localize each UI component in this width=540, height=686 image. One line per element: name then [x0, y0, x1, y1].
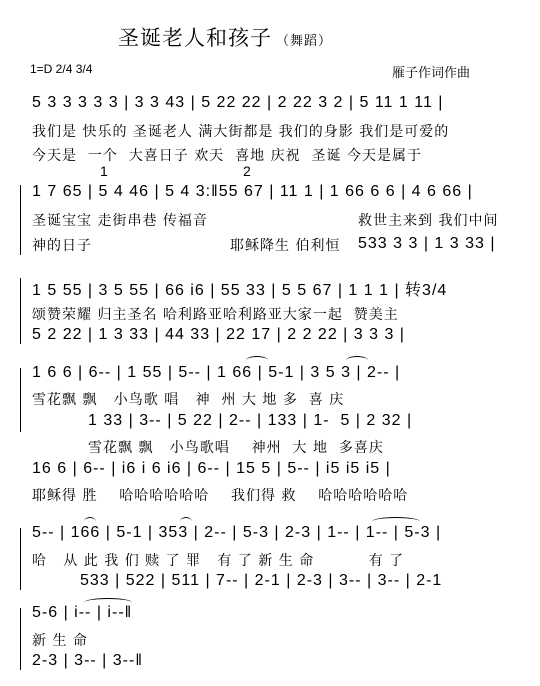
- system-5-lyrics: 哈 从 此 我 们 赎 了 罪 有 了 新 生 命 有 了: [32, 550, 404, 570]
- system-4-lyrics-voice3: 耶稣得 胜 哈哈哈哈哈哈 我们得 救 哈哈哈哈哈哈: [32, 485, 408, 505]
- system-1-notes: 5 3 3 3 3 3 | 3 3 43 | 5 22 22 | 2 22 3 …: [32, 94, 443, 112]
- system-6-harmony-notes: 2-3 | 3-- | 3--‖: [32, 652, 143, 670]
- system-2-notes: 1 7 65 | 5 4 46 | 5 4 3:‖55 67 | 11 1 | …: [32, 183, 473, 201]
- author-credit: 雁子作词作曲: [392, 62, 470, 81]
- title-text: 圣诞老人和孩子: [118, 26, 272, 50]
- system-5-brace: [20, 528, 21, 590]
- system-3-harmony-notes: 5 2 22 | 1 3 33 | 44 33 | 22 17 | 2 2 22…: [32, 326, 405, 344]
- volta-1: 1: [100, 163, 108, 179]
- system-2-harmony-notes: 533 3 3 | 1 3 33 |: [358, 235, 496, 253]
- system-6-lyrics: 新 生 命: [32, 630, 88, 650]
- system-3-brace: [20, 278, 21, 344]
- system-4-lyrics-voice2: 雪花飘 飘 小鸟歌唱 神州 大 地 多喜庆: [88, 437, 384, 457]
- system-2-lyrics-verse1b: 救世主来到 我们中间: [358, 210, 498, 230]
- system-2-brace: [20, 185, 21, 255]
- system-4-notes-voice3: 16 6 | 6-- | i6 i 6 i6 | 6-- | 15 5 | 5-…: [32, 460, 391, 478]
- system-6-brace: [20, 608, 21, 670]
- system-6-notes: 5-6 | i-- | i--‖: [32, 604, 132, 622]
- system-4-lyrics-voice1: 雪花飘 飘 小鸟歌 唱 神 州 大 地 多 喜 庆: [32, 389, 344, 409]
- subtitle-text: （舞蹈）: [276, 34, 332, 49]
- system-1-lyrics-verse2: 今天是 一个 大喜日子 欢天 喜地 庆祝 圣诞 今天是属于: [32, 145, 422, 165]
- system-4-notes-voice1: 1 6 6 | 6-- | 1 55 | 5-- | 1 66 | 5-1 | …: [32, 364, 400, 382]
- system-1-lyrics-verse1: 我们是 快乐的 圣诞老人 满大街都是 我们的身影 我们是可爱的: [32, 121, 449, 141]
- system-4-brace: [20, 368, 21, 432]
- system-2-lyrics-verse2b: 耶稣降生 伯利恒: [230, 235, 340, 255]
- system-3-notes: 1 5 55 | 3 5 55 | 66 i6 | 55 33 | 5 5 67…: [32, 277, 447, 300]
- system-5-notes: 5-- | 166 | 5-1 | 353 | 2-- | 5-3 | 2-3 …: [32, 524, 441, 542]
- system-3-lyrics: 颂赞荣耀 归主圣名 哈利路亚哈利路亚大家一起 赞美主: [32, 304, 399, 324]
- system-5-harmony-notes: 533 | 522 | 511 | 7-- | 2-1 | 2-3 | 3-- …: [80, 572, 442, 590]
- system-4-notes-voice2: 1 33 | 3-- | 5 22 | 2-- | 133 | 1- 5 | 2…: [88, 412, 412, 430]
- key-signature: 1=D 2/4 3/4: [30, 62, 92, 76]
- system-2-lyrics-verse1: 圣诞宝宝 走街串巷 传福音: [32, 210, 208, 230]
- song-title: 圣诞老人和孩子（舞蹈）: [118, 22, 332, 52]
- volta-2: 2: [243, 163, 251, 179]
- system-2-lyrics-verse2: 神的日子: [32, 235, 92, 255]
